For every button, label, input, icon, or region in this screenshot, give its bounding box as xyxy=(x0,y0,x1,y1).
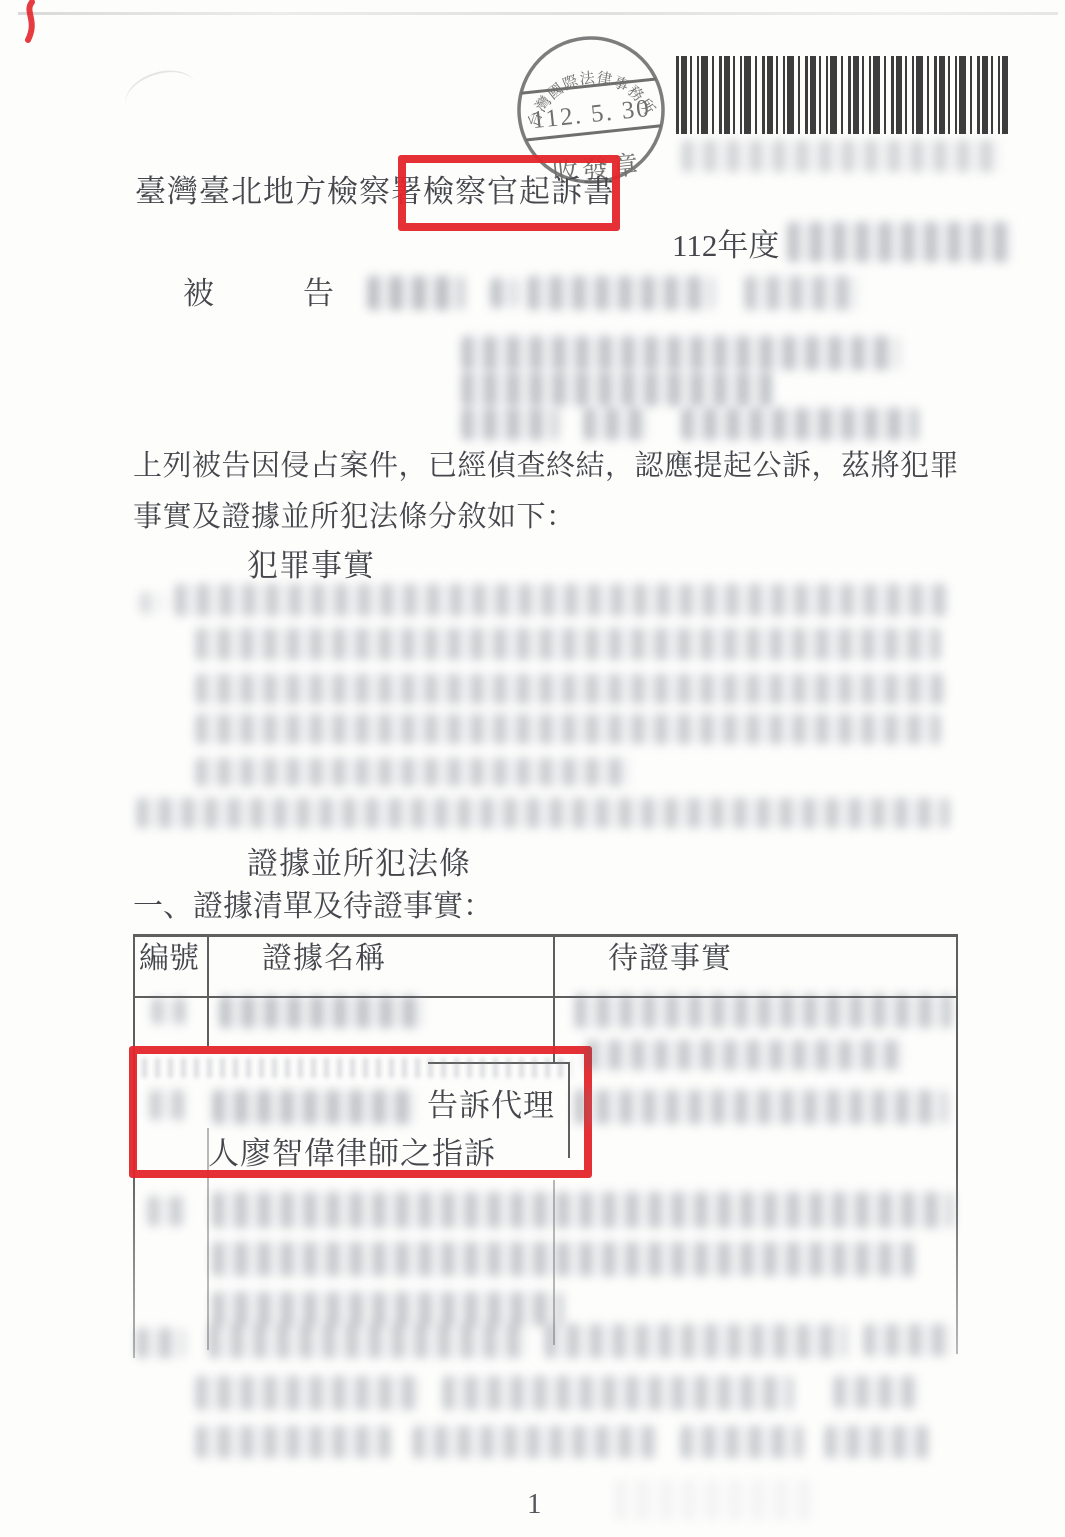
redacted-text xyxy=(788,222,1012,262)
defendant-label-char1: 被 xyxy=(183,278,214,309)
redacted-text xyxy=(368,276,464,310)
section-heading-evidence: 證據並所犯法條 xyxy=(247,848,471,879)
redacted-text xyxy=(545,1324,847,1358)
red-highlight-box-title xyxy=(398,155,620,231)
redacted-text xyxy=(745,276,859,310)
redacted-text xyxy=(137,1328,185,1358)
redacted-text xyxy=(491,278,517,308)
indictment-document-scan: 台灣國際法律事務所 112. 5. 30 收發章 臺灣臺北地方檢察署檢察官起訴書… xyxy=(0,0,1065,1537)
redacted-text xyxy=(213,1292,563,1326)
redacted-text xyxy=(137,798,949,828)
redacted-text xyxy=(220,996,424,1028)
redacted-text xyxy=(462,372,772,406)
redacted-text xyxy=(175,584,949,616)
section-heading-facts: 犯罪事實 xyxy=(247,550,375,581)
redacted-text xyxy=(682,140,1000,172)
red-pen-mark xyxy=(20,0,56,46)
redacted-text xyxy=(196,628,940,660)
evidence-list-heading: 一、證據清單及待證事實： xyxy=(133,892,493,922)
redacted-text xyxy=(575,994,951,1028)
redacted-text xyxy=(152,998,186,1024)
defendant-label-char2: 告 xyxy=(303,278,334,309)
redacted-text xyxy=(825,1426,929,1458)
redacted-text xyxy=(150,1090,186,1120)
redacted-text xyxy=(196,714,940,744)
redacted-text xyxy=(584,408,648,440)
redacted-text xyxy=(196,674,944,704)
redacted-text xyxy=(462,408,558,440)
page-number: 1 xyxy=(527,1490,542,1519)
redacted-text xyxy=(213,1090,415,1124)
scan-smudge xyxy=(118,62,203,131)
redacted-text xyxy=(575,1090,947,1124)
redacted-text xyxy=(681,1426,803,1458)
redacted-text xyxy=(462,336,900,370)
redacted-text xyxy=(196,1376,420,1410)
redacted-text xyxy=(209,1324,527,1358)
intro-line1: 上列被告因侵占案件，已經偵查終結，認應提起公訴，茲將犯罪 xyxy=(133,452,959,481)
case-year: 112年度 xyxy=(672,230,779,261)
redacted-text xyxy=(196,1426,390,1458)
redacted-text xyxy=(443,1376,793,1410)
redacted-text xyxy=(528,276,714,310)
table-header-evidence-name: 證據名稱 xyxy=(262,944,386,974)
redacted-text xyxy=(213,1192,953,1228)
redacted-text xyxy=(615,1480,815,1520)
redacted-text xyxy=(682,408,918,440)
redacted-text xyxy=(587,1040,903,1070)
redacted-text xyxy=(834,1376,918,1408)
table-col2-divider-upper xyxy=(553,934,555,1064)
barcode xyxy=(676,56,1008,134)
table-header-number: 編號 xyxy=(139,944,199,974)
scan-edge-line xyxy=(18,12,1058,15)
redacted-text xyxy=(213,1242,915,1276)
table-header-facts-to-prove: 待證事實 xyxy=(608,944,732,974)
table-col1-divider-upper xyxy=(207,934,209,1046)
redacted-text xyxy=(196,758,630,786)
redacted-text xyxy=(148,1196,186,1226)
redacted-text xyxy=(864,1324,952,1356)
redacted-text xyxy=(413,1426,657,1458)
table-border-top xyxy=(133,934,958,937)
intro-line2: 事實及證據並所犯法條分敘如下： xyxy=(133,503,576,532)
redacted-text xyxy=(140,592,164,614)
